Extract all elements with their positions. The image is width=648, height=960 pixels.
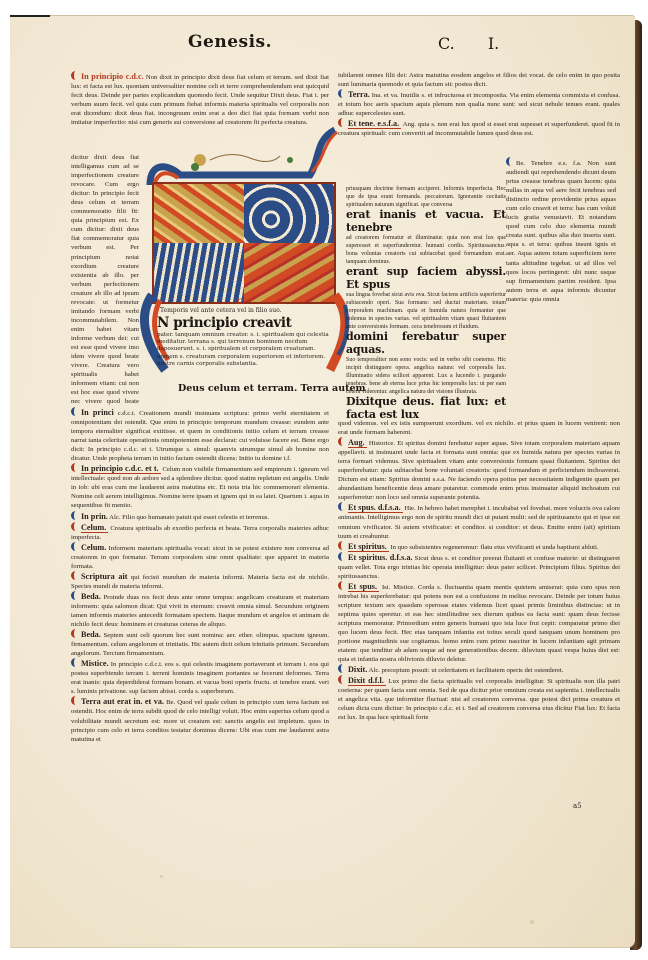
ornament-quadrant bbox=[244, 184, 334, 243]
initial-letter-I bbox=[152, 182, 336, 304]
lemma: Celum. bbox=[81, 523, 108, 533]
paragraph-mark-icon bbox=[71, 591, 80, 600]
paragraph-mark-icon bbox=[71, 542, 80, 551]
lemma: Scriptura ait bbox=[81, 572, 128, 581]
commentary-paragraph: Et spiritus. d.f.s.a. Sicut deus s. et c… bbox=[338, 552, 620, 581]
commentary-paragraph: Terra aut erat in. et va. Be. Quod vel q… bbox=[71, 696, 329, 743]
lemma: Et spiritus. bbox=[348, 542, 389, 552]
lemma: In principio c.d.c. bbox=[81, 72, 144, 81]
commentary-paragraph: Et spus. Isi. Mistice. Corda s. fluctuan… bbox=[338, 581, 620, 664]
biblical-text-line: erat inanis et vacua. Et tenebre bbox=[346, 209, 506, 234]
lemma: Et tene. e.s.f.a. bbox=[348, 119, 401, 129]
commentary-text: Non dixit in principio dixit deus fiat c… bbox=[71, 74, 329, 126]
paragraph-mark-icon bbox=[71, 571, 80, 580]
lemma: Et spus. bbox=[348, 582, 379, 592]
interlinear-gloss: priusquam doctrine formam acciperet. Inf… bbox=[346, 185, 506, 209]
paragraph-mark-icon bbox=[338, 437, 347, 446]
paragraph-mark-icon bbox=[71, 511, 80, 520]
book-title: Genesis. bbox=[188, 32, 272, 52]
commentary-paragraph: Beda. Proinde duas res fecit deus ante o… bbox=[71, 591, 329, 629]
lemma: Et spus. d.f.s.a. bbox=[348, 503, 403, 513]
right-column-bottom-commentary: quod videmus. vel ex istis sumpserunt ex… bbox=[338, 419, 620, 819]
chapter-number: C. I. bbox=[438, 34, 499, 53]
commentary-paragraph: In princi c.d.c.t. Creationem mundi insi… bbox=[71, 407, 329, 463]
commentary-text: Informem materiam spiritualia vocat: sic… bbox=[71, 545, 329, 570]
signature-mark: a5 bbox=[573, 802, 582, 810]
left-column-bottom-commentary: In princi c.d.c.t. Creationem mundi insi… bbox=[71, 407, 329, 823]
commentary-text: quod videmus. vel ex istis sumpserunt ex… bbox=[338, 419, 620, 437]
paragraph-mark-icon bbox=[338, 118, 347, 127]
commentary-text: Isi. Mistice. Corda s. fluctuantia quam … bbox=[338, 584, 620, 663]
commentary-paragraph: Et spiritus. In quo subsistentes regener… bbox=[338, 541, 620, 552]
commentary-paragraph: In principio c.d.c. et t. Celum non visi… bbox=[71, 463, 329, 510]
lemma: Terra. bbox=[348, 90, 370, 99]
lemma: Terra aut erat in. et va. bbox=[81, 697, 164, 706]
interlinear-gloss: ad creatorem formatur et illuminatur. qu… bbox=[346, 234, 506, 266]
paragraph-mark-icon bbox=[338, 89, 347, 98]
lemma: Dixit d.f.l. bbox=[348, 676, 386, 686]
commentary-paragraph: Mistice. In principio c.d.c.t. eos s. qu… bbox=[71, 658, 329, 696]
commentary-text: Alc. Filio quo humanato patuit qui esset… bbox=[109, 514, 269, 521]
biblical-text-line: Deus celum et terram. Terra autem bbox=[178, 383, 366, 394]
commentary-paragraph: Terra. Ina. et va. Inutilis s. et infruc… bbox=[338, 89, 620, 118]
commentary-paragraph: Scriptura ait qui fecisti mundum de mate… bbox=[71, 571, 329, 591]
commentary-text: Be. Tenebre e.s. f.a. Non sunt audiendi … bbox=[506, 160, 616, 303]
floral-border-icon bbox=[140, 120, 350, 190]
commentary-paragraph: Dixit. Alc. preceptum posuit: ut celerit… bbox=[338, 664, 620, 675]
commentary-text: In principio c.d.c.t. eos s. qui celesti… bbox=[71, 661, 329, 695]
lemma: Mistice. bbox=[81, 659, 109, 668]
lemma: Et spiritus. d.f.s.a. bbox=[348, 553, 412, 562]
left-narrow-commentary: dicitur dixit deus fiat intelligamus cum… bbox=[71, 153, 139, 407]
ornament-quadrant bbox=[154, 184, 244, 243]
paragraph-mark-icon bbox=[338, 541, 347, 550]
commentary-paragraph: Et tene. e.s.f.a. Ang. quia s. non erat … bbox=[338, 118, 620, 138]
page-top-tear bbox=[10, 15, 50, 17]
incipit-panel: C. I. Temporis vel ante cetera vel in fi… bbox=[152, 295, 337, 375]
paragraph-mark-icon bbox=[338, 552, 347, 561]
commentary-text: c.d.c.t. Creationem mundi insinuans scri… bbox=[71, 410, 329, 462]
paragraph-mark-icon bbox=[338, 675, 347, 684]
commentary-paragraph: Celum. Creatura spiritualis ab exordio p… bbox=[71, 522, 329, 542]
commentary-text: dicitur dixit deus fiat intelligamus cum… bbox=[71, 153, 139, 407]
chapter-label: C. I. bbox=[237, 297, 283, 306]
commentary-text: Proinde duas res fecit deus ante omne te… bbox=[71, 594, 329, 628]
commentary-paragraph: In principio c.d.c. Non dixit in princip… bbox=[71, 71, 329, 127]
commentary-text: Ina. et va. Inutilis s. et infructuosa e… bbox=[338, 92, 620, 117]
paragraph-mark-icon bbox=[506, 157, 515, 166]
commentary-paragraph: Beda. Septem sunt celi quorum hec sunt n… bbox=[71, 629, 329, 658]
commentary-paragraph: Aug. Historice. Et spiritus domini fereb… bbox=[338, 437, 620, 502]
commentary-paragraph: Et spus. d.f.s.a. Hie. In hebreo habet m… bbox=[338, 502, 620, 540]
paragraph-mark-icon bbox=[71, 71, 80, 80]
lemma: In prin. bbox=[81, 512, 108, 521]
paragraph-mark-icon bbox=[71, 696, 80, 705]
lemma: Celum. bbox=[81, 543, 106, 552]
paragraph-mark-icon bbox=[71, 629, 80, 638]
lemma: Beda. bbox=[81, 592, 101, 601]
interlinear-gloss: Suo temporaliter non sono vocis: sed in … bbox=[346, 356, 506, 396]
commentary-text: In quo subsistentes regeneremur: flatu e… bbox=[390, 544, 598, 551]
foxing-spot bbox=[530, 920, 534, 924]
biblical-text-line: domini ferebatur super aquas. bbox=[346, 331, 506, 356]
commentary-text: Alc. preceptum posuit: ut celeritatem et… bbox=[369, 667, 564, 674]
biblical-text-with-gloss: priusquam doctrine formam acciperet. Inf… bbox=[346, 185, 506, 419]
paragraph-mark-icon bbox=[338, 581, 347, 590]
lemma: In principio c.d.c. et t. bbox=[81, 464, 161, 474]
paragraph-mark-icon bbox=[71, 407, 80, 416]
right-column-top-commentary: iubilarent omnes filii dei: Astra matuti… bbox=[338, 71, 620, 157]
incipit-text: N principio creavit bbox=[157, 315, 291, 331]
paragraph-mark-icon bbox=[338, 502, 347, 511]
paragraph-mark-icon bbox=[71, 658, 80, 667]
commentary-text: Historice. Et spiritus domini ferebatur … bbox=[338, 440, 620, 501]
paragraph-mark-icon bbox=[71, 463, 80, 472]
paragraph-mark-icon bbox=[338, 664, 347, 673]
commentary-paragraph: In prin. Alc. Filio quo humanato patuit … bbox=[71, 511, 329, 522]
interlinear-gloss: Temporis vel ante cetera vel in filio su… bbox=[160, 307, 281, 314]
commentary-text: iubilarent omnes filii dei: Astra matuti… bbox=[338, 71, 620, 89]
lemma: Dixit. bbox=[348, 665, 367, 674]
lemma: Beda. bbox=[81, 630, 101, 639]
biblical-text-line: Dixitque deus. fiat lux: et facta est lu… bbox=[346, 396, 506, 419]
interlinear-gloss: sua lingua fovebat sicut avis ova. Sicut… bbox=[346, 291, 506, 331]
commentary-paragraph: Be. Tenebre e.s. f.a. Non sunt audiendi … bbox=[506, 157, 616, 304]
illuminated-initial: C. I. Temporis vel ante cetera vel in fi… bbox=[140, 120, 350, 375]
interlinear-gloss: pater. tanquam omnium creator. s. i. spi… bbox=[157, 332, 337, 368]
commentary-paragraph: Dixit d.f.l. Lux primo die facta spiritu… bbox=[338, 675, 620, 722]
lemma: Aug. bbox=[348, 438, 367, 448]
commentary-text: Septem sunt celi quorum hec sunt nomina:… bbox=[71, 632, 329, 657]
commentary-text: Creatura spiritualis ab exordio perfecta… bbox=[71, 525, 329, 541]
running-head: Genesis. C. I. bbox=[10, 32, 635, 62]
right-narrow-commentary: Be. Tenebre e.s. f.a. Non sunt audiendi … bbox=[506, 157, 616, 419]
lemma: In princi bbox=[81, 408, 114, 417]
biblical-text-line: erant sup faciem abyssi. Et spus bbox=[346, 266, 506, 291]
foxing-spot bbox=[160, 875, 163, 878]
paragraph-mark-icon bbox=[71, 522, 80, 531]
commentary-paragraph: Celum. Informem materiam spiritualia voc… bbox=[71, 542, 329, 571]
